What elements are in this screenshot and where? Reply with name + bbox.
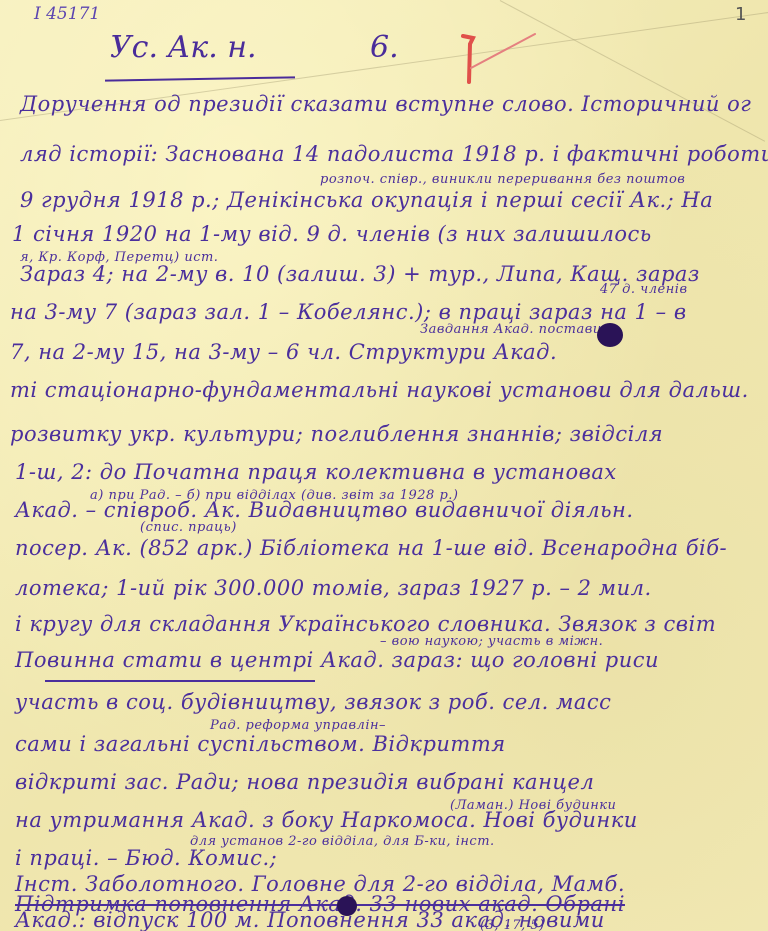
manuscript-line: посер. Ак. (852 арк.) Бібліотека на 1-ше… [15,536,727,560]
manuscript-line: Зараз 4; на 2-му в. 10 (залиш. 3) + тур.… [20,262,700,286]
manuscript-line: сами і загальні суспільством. Відкриття [15,732,506,756]
manuscript-line: на 3-му 7 (зараз зал. 1 – Кобелянс.); в … [10,300,687,324]
section-number: 6. [370,30,399,65]
manuscript-line: Доручення од президії сказати вступне сл… [20,92,751,116]
manuscript-line: розвитку укр. культури; поглиблення знан… [10,422,663,446]
title-underline [105,76,295,81]
manuscript-line: лотека; 1-ий рік 300.000 томів, зараз 19… [15,576,652,600]
manuscript-insertion: розпоч. співр., виникли переривання без … [320,172,685,187]
manuscript-insertion: – вою наукою; участь в міжн. [380,634,603,649]
manuscript-line: на утримання Акад. з боку Наркомоса. Нов… [15,808,638,832]
manuscript-line: 1 січня 1920 на 1-му від. 9 д. членів (з… [12,222,652,246]
manuscript-line: Повинна стати в центрі Акад. зараз: що г… [15,648,659,672]
manuscript-line: ті стаціонарно-фундаментальні наукові ус… [10,378,749,402]
underline-mark [45,680,315,682]
ink-blot [597,323,623,347]
manuscript-line: 9 грудня 1918 р.; Денікінська окупація і… [20,188,713,212]
archive-number: I 45171 [34,4,100,24]
manuscript-line: 1-ш, 2: до Початна праця колективна в ус… [15,460,617,484]
ink-blot [337,896,357,916]
red-pencil-check-mark-icon [455,30,545,90]
manuscript-insertion: Завдання Акад. постави [420,322,602,337]
manuscript-insertion: Рад. реформа управлін– [210,718,386,733]
manuscript-insertion: (спис. праць) [140,520,237,535]
manuscript-line: і кругу для складання Українського словн… [15,612,716,636]
manuscript-insertion: (3, 17, 5) [480,918,545,931]
manuscript-line: Акад. – співроб. Ак. Видавництво видавни… [15,498,634,522]
manuscript-line: ляд історії: Заснована 14 падолиста 1918… [20,142,768,166]
manuscript-line: відкриті зас. Ради; нова президія вибран… [15,770,594,794]
document-title: Ус. Ак. н. [110,30,257,65]
manuscript-line: участь в соц. будівництву, звязок з роб.… [15,690,611,714]
manuscript-line: і праці. – Бюд. Комис.; [15,846,277,870]
manuscript-insertion: 47 д. членів [600,282,688,297]
corner-page-number: 1 [735,4,746,25]
manuscript-page: I 45171 1 Ус. Ак. н. 6. Доручення од пре… [0,0,768,931]
manuscript-line: 7, на 2-му 15, на 3-му – 6 чл. Структури… [10,340,557,364]
